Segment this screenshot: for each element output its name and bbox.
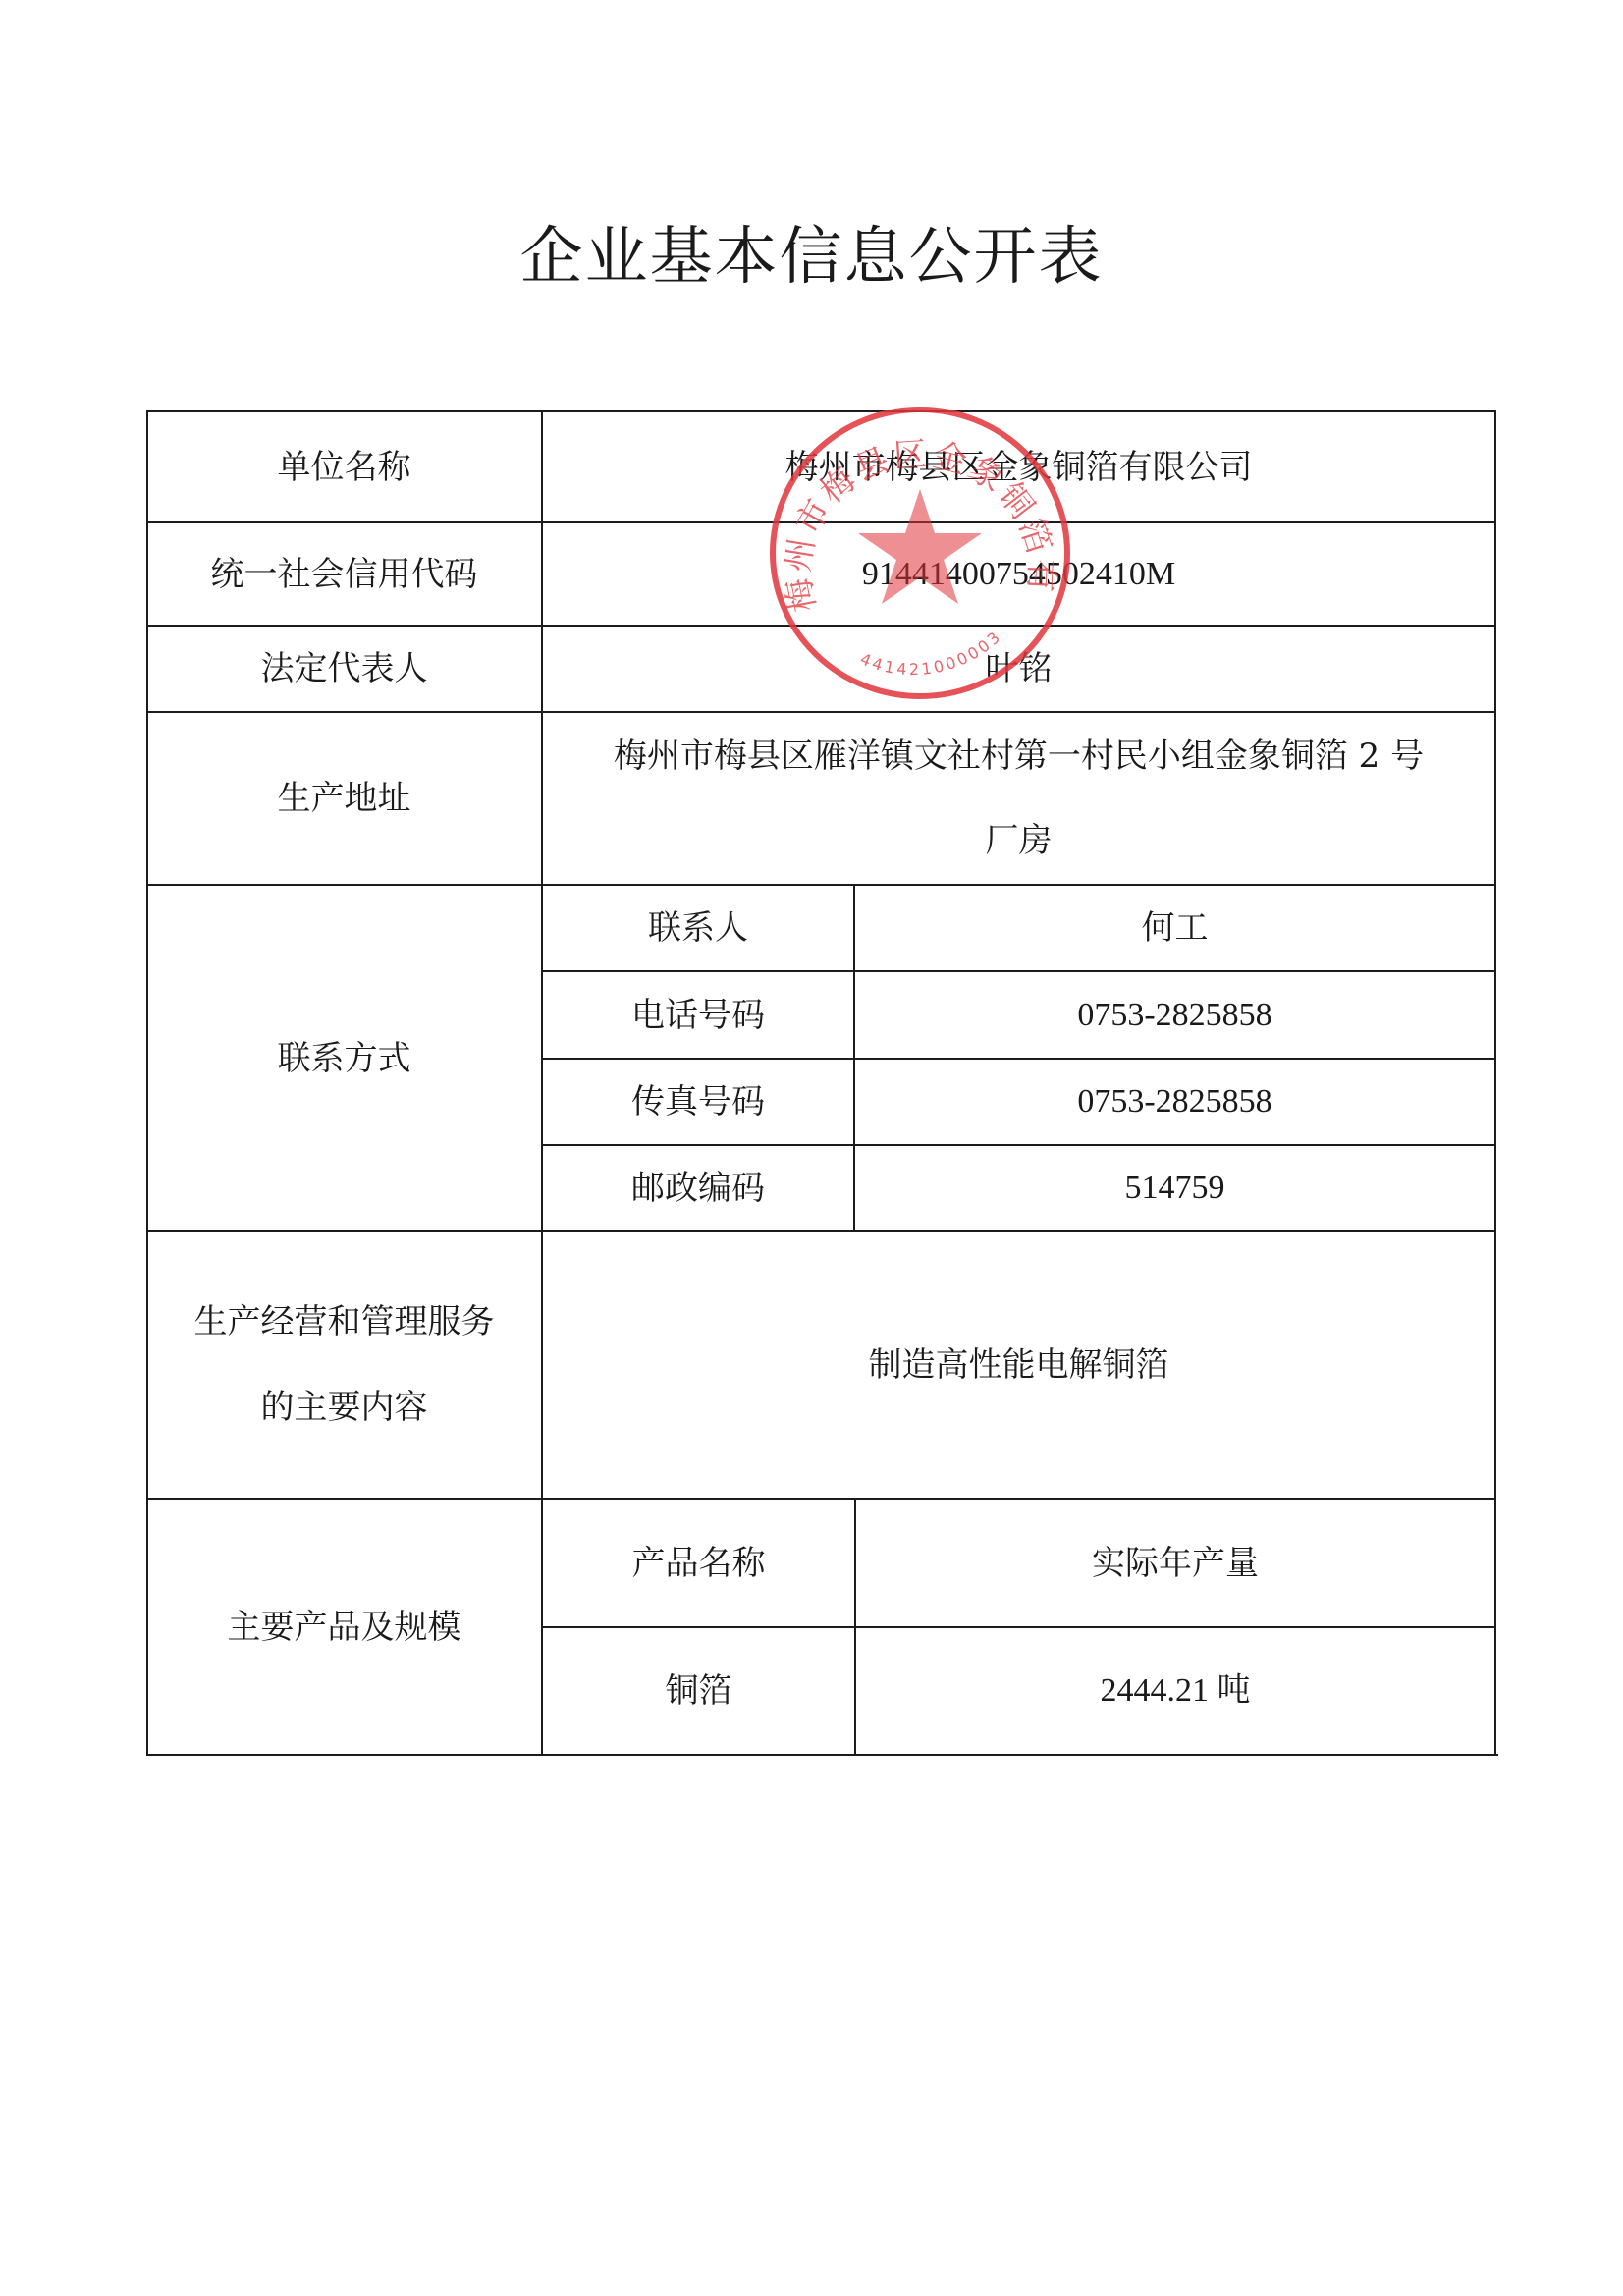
address-value: 梅州市梅县区雁洋镇文社村第一村民小组金象铜箔 2 号 厂房 — [543, 713, 1494, 884]
address-line-1: 梅州市梅县区雁洋镇文社村第一村民小组金象铜箔 2 号 — [614, 714, 1424, 798]
company-name-value: 梅州市梅县区金象铜箔有限公司 — [543, 412, 1494, 521]
business-value: 制造高性能电解铜箔 — [543, 1232, 1494, 1498]
products-label: 主要产品及规模 — [147, 1500, 541, 1754]
business-label: 生产经营和管理服务 的主要内容 — [147, 1232, 541, 1498]
contact-label: 联系方式 — [147, 886, 541, 1230]
business-label-line-1: 生产经营和管理服务 — [194, 1280, 495, 1365]
postal-code-label: 邮政编码 — [543, 1146, 853, 1230]
credit-code-value: 91441400754502410M — [543, 523, 1494, 625]
table-border-bottom — [147, 1754, 1498, 1756]
contact-person-label: 联系人 — [543, 886, 853, 970]
product-name-cell: 铜箔 — [543, 1628, 854, 1754]
legal-rep-label: 法定代表人 — [147, 627, 541, 711]
address-label: 生产地址 — [147, 713, 541, 884]
company-name-label: 单位名称 — [147, 412, 541, 521]
business-label-line-2: 的主要内容 — [261, 1365, 428, 1450]
phone-label: 电话号码 — [543, 972, 853, 1058]
annual-output-cell: 2444.21 吨 — [856, 1628, 1494, 1754]
contact-person-value: 何工 — [855, 886, 1494, 970]
fax-value: 0753-2825858 — [855, 1060, 1494, 1144]
address-line-2: 厂房 — [986, 798, 1053, 883]
phone-value: 0753-2825858 — [855, 972, 1494, 1058]
page-title: 企业基本信息公开表 — [0, 218, 1623, 297]
fax-label: 传真号码 — [543, 1060, 853, 1144]
postal-code-value: 514759 — [855, 1146, 1494, 1230]
table-border-right — [1494, 410, 1496, 1756]
product-name-header: 产品名称 — [543, 1500, 854, 1626]
credit-code-label: 统一社会信用代码 — [147, 523, 541, 625]
legal-rep-value: 叶铭 — [543, 627, 1494, 711]
annual-output-header: 实际年产量 — [856, 1500, 1494, 1626]
